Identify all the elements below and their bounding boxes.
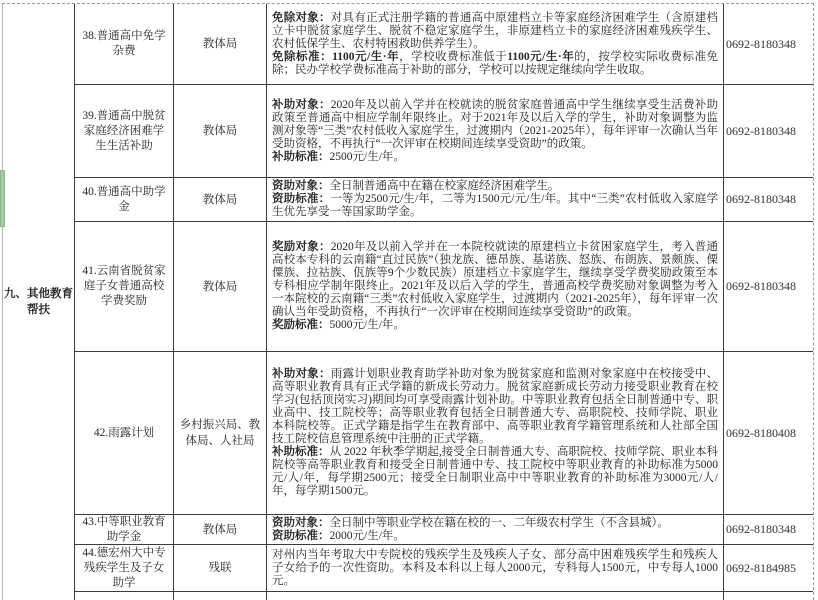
details-cell: 免除对象：对具有正式注册学籍的普通高中原建档立卡等家庭经济困难学生（含原建档立卡… [267, 4, 724, 84]
item-cell: 41.云南省脱贫家庭子女普通高校学费奖励 [75, 222, 174, 351]
phone-cell: 0692-8180348 [724, 85, 813, 177]
item-cell: 40.普通高中助学金 [75, 178, 174, 221]
table-row: 40.普通高中助学金教体局资助对象：全日制普通高中在籍在校家庭经济困难学生。资助… [75, 178, 813, 222]
text-run: 免除标准： [272, 51, 332, 63]
text-run: 5000元/生/年。 [330, 319, 405, 331]
text-run: 补助对象： [272, 99, 331, 111]
details-paragraph: 补助对象：2020年及以前入学并在校就读的脱贫家庭普通高中学生继续享受生活费补助… [272, 99, 718, 151]
category-label: 九、其他教育帮扶 [4, 286, 73, 318]
details-paragraph: 资助对象：全日制中等职业学校在籍在校的一、二年级农村学生（不含县城）。 [272, 517, 718, 530]
item-cell: 42.雨露计划 [75, 352, 174, 514]
dept-cell [174, 592, 267, 600]
text-run: 2000元/生/年。 [330, 530, 405, 542]
department-cell: 教体局 [174, 178, 267, 221]
details-cell: 资助对象：全日制中等职业学校在籍在校的一、二年级农村学生（不含县城）。资助标准：… [267, 515, 724, 544]
text-run: 一等为2500元/生/年，二等为1500元/元/生/年。其中“三类”农村低收入家… [272, 193, 718, 218]
details-cell [267, 592, 724, 600]
text-run: 资助标准： [272, 193, 330, 205]
details-cell: 补助对象：雨露计划职业教育助学补助对象为脱贫家庭和监测对象家庭中在校接受中、高等… [267, 352, 724, 514]
text-run: 补助标准： [272, 446, 330, 458]
details-cell: 对州内当年考取大中专院校的残疾学生及残疾人子女、部分高中困难残疾学生和残疾人子女… [267, 545, 724, 591]
phone-cell: 0692-8180348 [724, 4, 813, 84]
details-paragraph: 奖励标准：5000元/生/年。 [272, 319, 718, 332]
text-run: ，学校收费标准低于 [399, 51, 507, 63]
table-row: 44.德宏州大中专残疾学生及子女助学残联对州内当年考取大中专院校的残疾学生及残疾… [75, 545, 813, 592]
details-cell: 补助对象：2020年及以前入学并在校就读的脱贫家庭普通高中学生继续享受生活费补助… [267, 85, 724, 177]
text-run: 全日制中等职业学校在籍在校的一、二年级农村学生（不含县城）。 [330, 517, 669, 529]
details-paragraph: 免除标准：1100元/生·年，学校收费标准低于1100元/生·年的，按学校实际收… [272, 51, 718, 77]
text-run: 补助标准： [272, 151, 330, 163]
text-run: 2500元/生/年。 [330, 151, 405, 163]
department-cell: 残联 [174, 545, 267, 591]
phone-cell: 0692-8180348 [724, 222, 813, 351]
department-cell: 教体局 [174, 4, 267, 84]
details-paragraph: 免除对象：对具有正式注册学籍的普通高中原建档立卡等家庭经济困难学生（含原建档立卡… [272, 12, 718, 51]
details-paragraph: 奖励对象：2020年及以前入学并在一本院校就读的原建档立卡贫困家庭学生，考入普通… [272, 241, 718, 319]
item-cell: 44.德宏州大中专残疾学生及子女助学 [75, 545, 174, 591]
phone-cell: 0692-8184985 [724, 545, 813, 591]
table-row: 43.中等职业教育助学金教体局资助对象：全日制中等职业学校在籍在校的一、二年级农… [75, 515, 813, 545]
phone-cell: 0692-8180348 [724, 178, 813, 221]
text-run: 全日制普通高中在籍在校家庭经济困难学生。 [330, 180, 560, 192]
table-row: 39.普通高中脱贫家庭经济困难学生生活补助教体局补助对象：2020年及以前入学并… [75, 85, 813, 178]
text-run: 2020年及以前入学并在校就读的脱贫家庭普通高中学生继续享受生活费补助政策至普通… [272, 99, 718, 150]
category-cell: 九、其他教育帮扶 [3, 4, 75, 600]
item-cell [75, 592, 174, 600]
text-run: 奖励对象： [272, 241, 331, 253]
text-run: 免除对象： [272, 12, 331, 24]
department-cell: 教体局 [174, 222, 267, 351]
item-cell: 39.普通高中脱贫家庭经济困难学生生活补助 [75, 85, 174, 177]
table-row: 38.普通高中免学杂费教体局免除对象：对具有正式注册学籍的普通高中原建档立卡等家… [75, 4, 813, 85]
table-row-partial [75, 592, 813, 600]
text-run: 对具有正式注册学籍的普通高中原建档立卡等家庭经济困难学生（含原建档立卡中脱贫家庭… [272, 12, 718, 50]
details-cell: 资助对象：全日制普通高中在籍在校家庭经济困难学生。资助标准：一等为2500元/生… [267, 178, 724, 221]
text-run: 补助对象： [272, 368, 331, 380]
details-paragraph: 对州内当年考取大中专院校的残疾学生及残疾人子女、部分高中困难残疾学生和残疾人子女… [272, 549, 718, 588]
table-row: 42.雨露计划乡村振兴局、教体局、人社局补助对象：雨露计划职业教育助学补助对象为… [75, 352, 813, 515]
details-paragraph: 补助对象：雨露计划职业教育助学补助对象为脱贫家庭和监测对象家庭中在校接受中、高等… [272, 368, 718, 446]
details-paragraph: 资助标准：2000元/生/年。 [272, 530, 718, 543]
phone-cell [724, 592, 813, 600]
details-paragraph: 补助标准：从 2022 年秋季学期起,接受全日制普通大专、高职院校、技师学院、职… [272, 446, 718, 498]
text-run: 对州内当年考取大中专院校的残疾学生及残疾人子女、部分高中困难残疾学生和残疾人子女… [272, 549, 718, 587]
details-paragraph: 资助标准：一等为2500元/生/年，二等为1500元/元/生/年。其中“三类”农… [272, 193, 718, 219]
text-run: 从 2022 年秋季学期起,接受全日制普通大专、高职院校、技师学院、职业本科院校… [272, 446, 718, 497]
document-page: 九、其他教育帮扶 38.普通高中免学杂费教体局免除对象：对具有正式注册学籍的普通… [0, 0, 818, 600]
table-rows: 38.普通高中免学杂费教体局免除对象：对具有正式注册学籍的普通高中原建档立卡等家… [75, 4, 813, 600]
department-cell: 教体局 [174, 515, 267, 544]
green-selection-bar [0, 170, 5, 227]
text-run: 雨露计划职业教育助学补助对象为脱贫家庭和监测对象家庭中在校接受中、高等职业教育具… [272, 368, 718, 445]
item-cell: 43.中等职业教育助学金 [75, 515, 174, 544]
details-paragraph: 补助标准：2500元/生/年。 [272, 151, 718, 164]
details-paragraph: 资助对象：全日制普通高中在籍在校家庭经济困难学生。 [272, 180, 718, 193]
text-run: 奖励标准： [272, 319, 330, 331]
text-run: 1100元/生·年 [332, 51, 399, 63]
assistance-policy-table: 九、其他教育帮扶 38.普通高中免学杂费教体局免除对象：对具有正式注册学籍的普通… [2, 3, 814, 600]
text-run: 资助对象： [272, 517, 330, 529]
text-run: 1100元/生·年 [507, 51, 574, 63]
phone-cell: 0692-8180348 [724, 515, 813, 544]
department-cell: 教体局 [174, 85, 267, 177]
text-run: 2020年及以前入学并在一本院校就读的原建档立卡贫困家庭学生，考入普通高校本专科… [272, 241, 718, 318]
item-cell: 38.普通高中免学杂费 [75, 4, 174, 84]
phone-cell: 0692-8180408 [724, 352, 813, 514]
details-cell: 奖励对象：2020年及以前入学并在一本院校就读的原建档立卡贫困家庭学生，考入普通… [267, 222, 724, 351]
text-run: 资助标准： [272, 530, 330, 542]
text-run: 资助对象： [272, 180, 330, 192]
table-row: 41.云南省脱贫家庭子女普通高校学费奖励教体局奖励对象：2020年及以前入学并在… [75, 222, 813, 352]
department-cell: 乡村振兴局、教体局、人社局 [174, 352, 267, 514]
